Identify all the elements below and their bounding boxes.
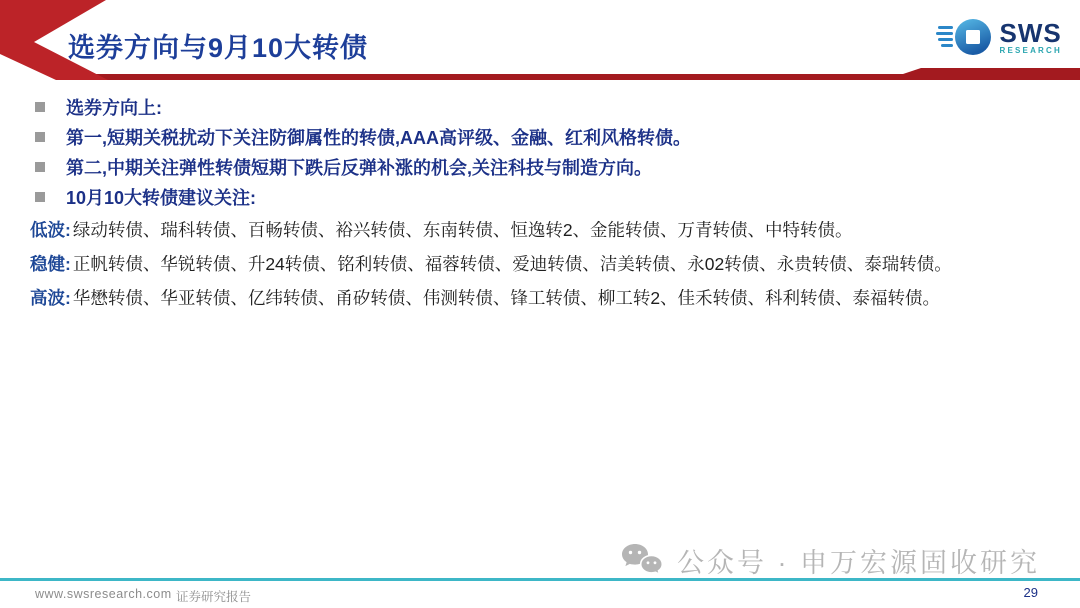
bullet-text: 选券方向上: xyxy=(66,94,162,120)
bond-category-row-low-vol: 低波: 绿动转债、瑞科转债、百畅转债、裕兴转债、东南转债、恒逸转2、金能转债、万… xyxy=(30,212,1060,246)
slide: 选券方向与9月10大转债 SWS RESEARCH 选券方向上: xyxy=(0,0,1080,608)
category-bond-list: 正帆转债、华锐转债、升24转债、铭利转债、福蓉转债、爱迪转债、洁美转债、永02转… xyxy=(73,251,952,276)
category-label: 低波: xyxy=(30,217,71,242)
red-underline-bar xyxy=(56,68,1080,80)
bullet-square-icon xyxy=(35,102,45,112)
sws-logo: SWS RESEARCH xyxy=(936,14,1063,60)
bullet-item: 第二,中期关注弹性转债短期下跌后反弹补涨的机会,关注科技与制造方向。 xyxy=(30,152,1060,182)
category-bond-list: 绿动转债、瑞科转债、百畅转债、裕兴转债、东南转债、恒逸转2、金能转债、万青转债、… xyxy=(73,217,853,242)
bullet-item: 10月10大转债建议关注: xyxy=(30,182,1060,212)
bullet-text: 第二,中期关注弹性转债短期下跌后反弹补涨的机会,关注科技与制造方向。 xyxy=(66,154,652,180)
bullet-square-icon xyxy=(35,162,45,172)
bond-category-row-steady: 稳健: 正帆转债、华锐转债、升24转债、铭利转债、福蓉转债、爱迪转债、洁美转债、… xyxy=(30,246,1060,280)
bullet-item: 第一,短期关税扰动下关注防御属性的转债,AAA高评级、金融、红利风格转债。 xyxy=(30,122,1060,152)
watermark: 公众号 · 申万宏源固收研究 xyxy=(621,543,1040,577)
bullet-item: 选券方向上: xyxy=(30,92,1060,122)
footer-website: www.swsresearch.com xyxy=(35,587,172,601)
page-number: 29 xyxy=(1024,585,1038,600)
watermark-text: 公众号 · 申万宏源固收研究 xyxy=(677,541,1040,580)
footer-divider xyxy=(0,578,1080,581)
category-label: 稳健: xyxy=(30,251,71,276)
bullet-square-icon xyxy=(35,132,45,142)
category-label: 高波: xyxy=(30,285,71,310)
page-title: 选券方向与9月10大转债 xyxy=(68,26,368,65)
bullet-text: 10月10大转债建议关注: xyxy=(66,184,256,210)
footer: www.swsresearch.com 证券研究报告 29 xyxy=(0,583,1080,608)
bullet-text: 第一,短期关税扰动下关注防御属性的转债,AAA高评级、金融、红利风格转债。 xyxy=(66,124,691,150)
logo-research-label: RESEARCH xyxy=(1000,47,1063,55)
logo-text: SWS RESEARCH xyxy=(1000,20,1063,55)
slide-body: 选券方向上: 第一,短期关税扰动下关注防御属性的转债,AAA高评级、金融、红利风… xyxy=(30,92,1060,314)
bond-category-row-high-vol: 高波: 华懋转债、华亚转债、亿纬转债、甬矽转债、伟测转债、锋工转债、柳工转2、佳… xyxy=(30,280,1060,314)
logo-sws-label: SWS xyxy=(1000,20,1063,46)
category-bond-list: 华懋转债、华亚转债、亿纬转债、甬矽转债、伟测转债、锋工转债、柳工转2、佳禾转债、… xyxy=(73,285,940,310)
wechat-icon xyxy=(621,543,663,577)
bullet-square-icon xyxy=(35,192,45,202)
sws-coin-icon xyxy=(936,14,994,60)
footer-report-type: 证券研究报告 xyxy=(176,587,251,605)
